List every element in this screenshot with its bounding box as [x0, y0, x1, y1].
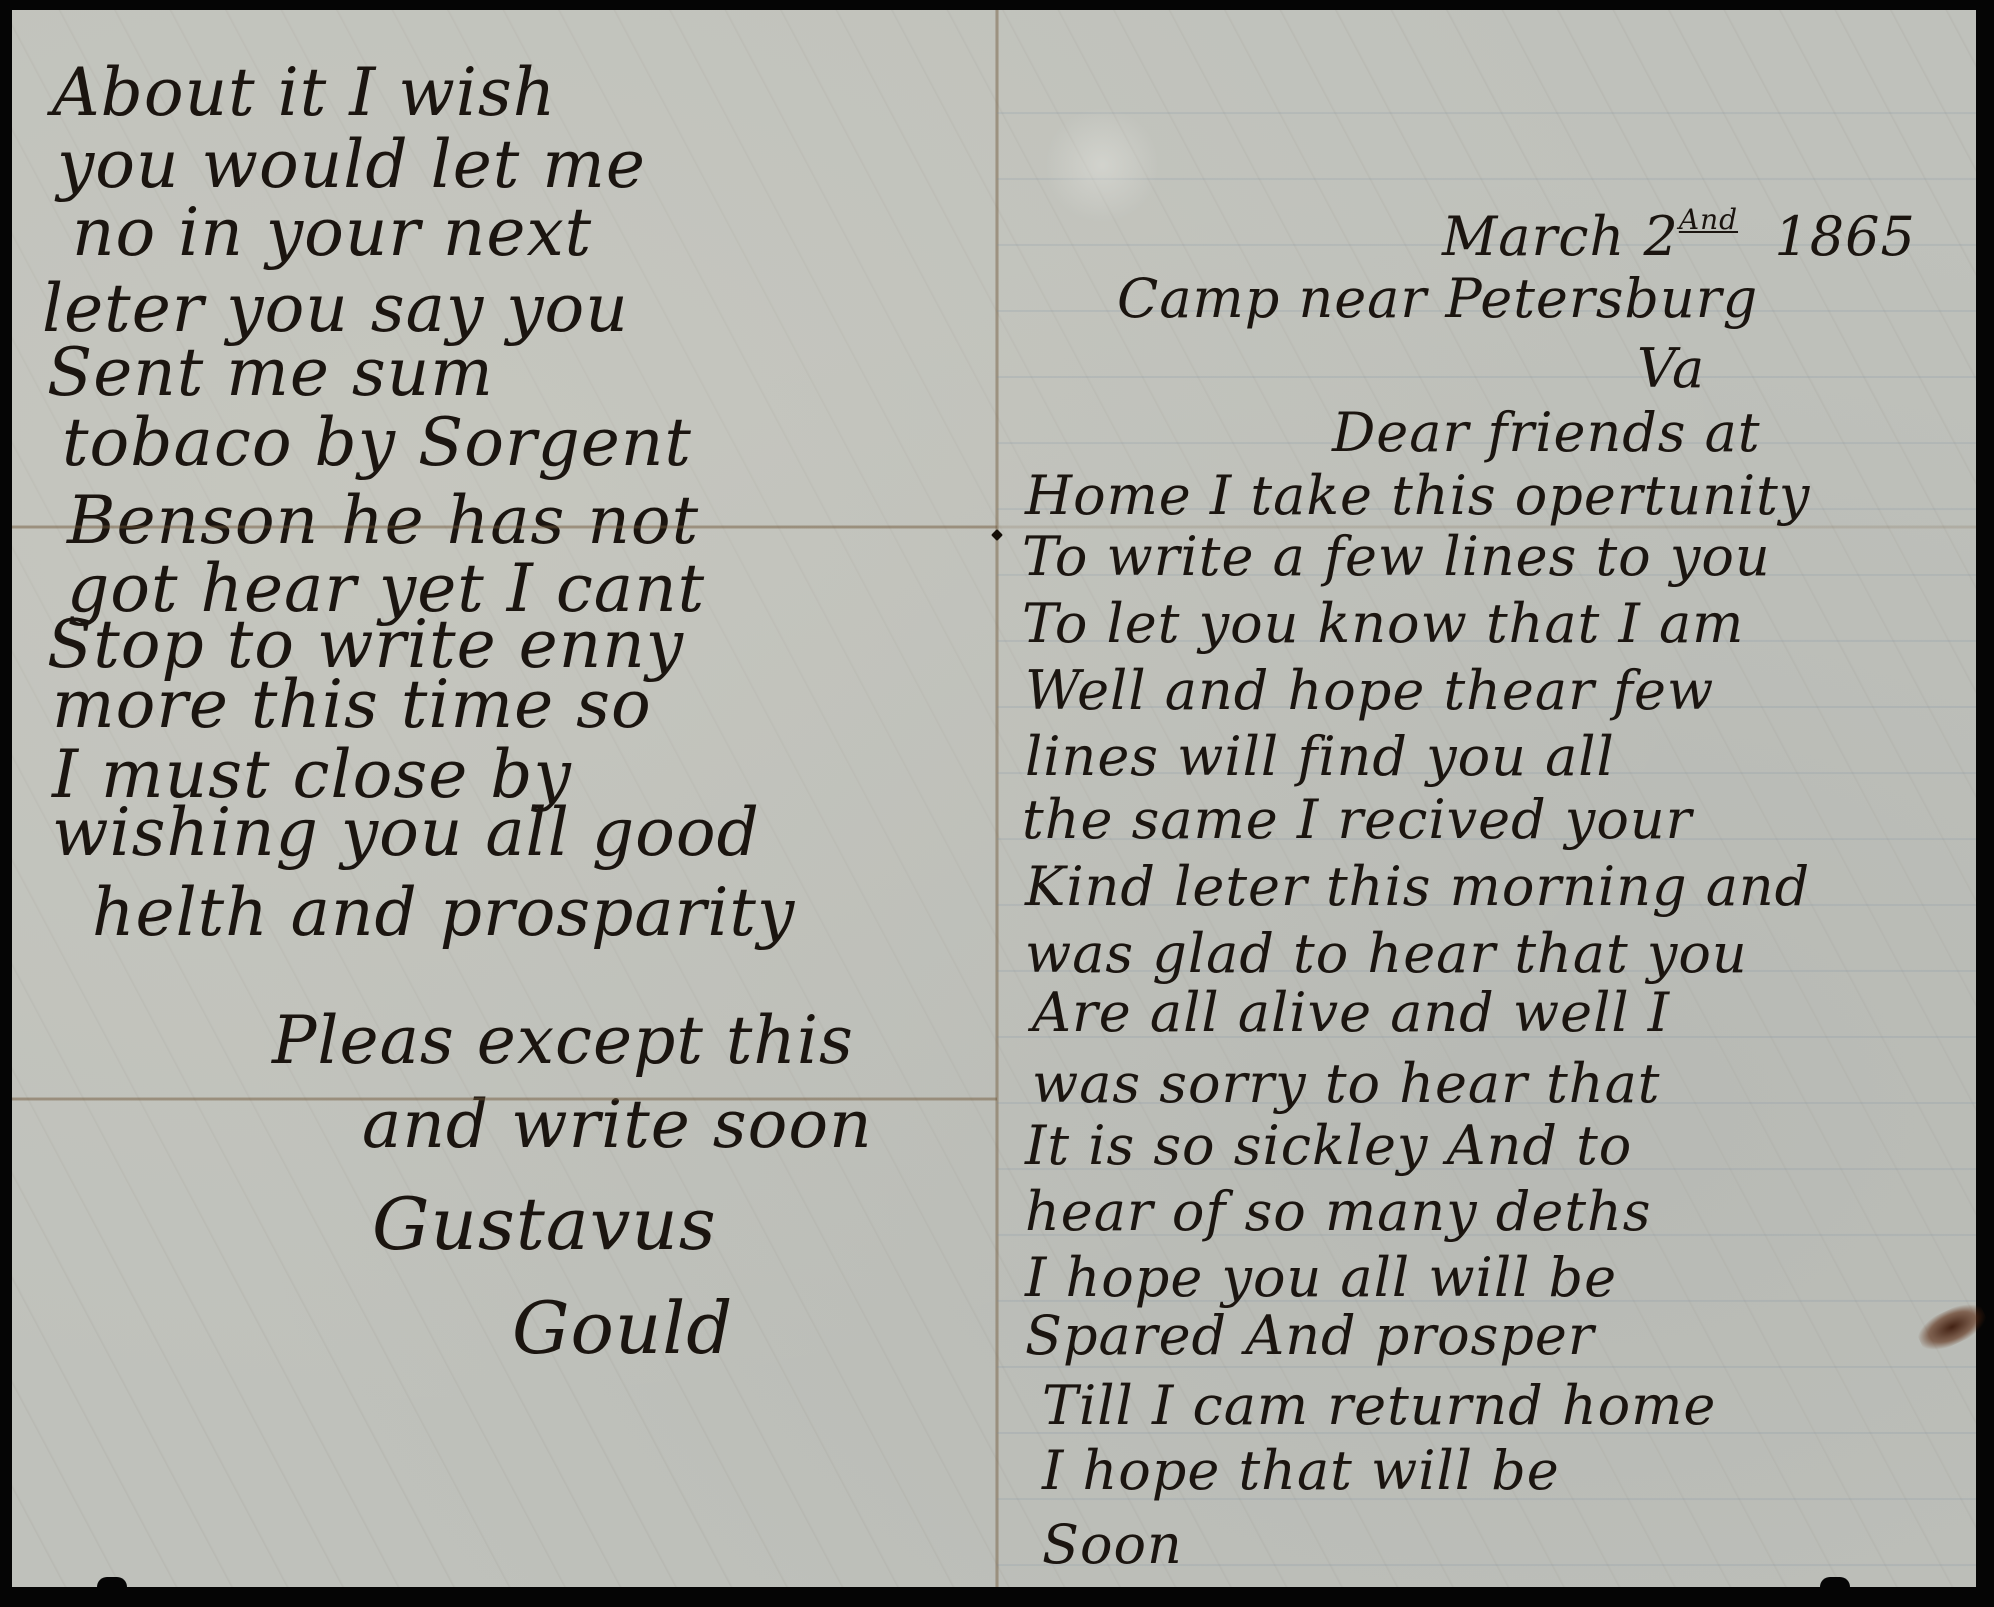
date-line: March 2And 1865 — [1442, 206, 1916, 264]
right-line-3: To let you know that I am — [1022, 597, 1744, 651]
right-line-13: I hope you all will be — [1025, 1251, 1617, 1305]
right-line-2: To write a few lines to you — [1022, 530, 1771, 584]
date-year: 1865 — [1774, 205, 1915, 268]
location-line: Camp near Petersburg — [1117, 272, 1758, 326]
left-line-7: Benson he has not — [67, 488, 699, 554]
right-line-11: It is so sickley And to — [1025, 1119, 1632, 1173]
right-line-12: hear of so many deths — [1025, 1185, 1652, 1239]
date-month-day: March 2 — [1442, 205, 1679, 268]
horizontal-fold-lower — [12, 1097, 997, 1101]
left-line-1: About it I wish — [52, 60, 556, 126]
right-line-16: I hope that will be — [1042, 1444, 1560, 1498]
left-line-10: more this time so — [52, 672, 652, 738]
right-line-4: Well and hope thear few — [1025, 664, 1714, 718]
horizontal-fold-upper — [12, 525, 997, 529]
left-line-15: and write soon — [362, 1092, 873, 1158]
left-line-12: wishing you all good — [52, 800, 760, 866]
right-line-10: was sorry to hear that — [1032, 1057, 1660, 1111]
edge-tear-left — [97, 1577, 127, 1587]
right-line-14: Spared And prosper — [1025, 1309, 1595, 1363]
right-line-1: Home I take this opertunity — [1025, 469, 1810, 523]
right-line-8: was glad to hear that you — [1025, 927, 1748, 981]
edge-tear-right — [1820, 1577, 1850, 1587]
left-line-5: Sent me sum — [47, 340, 494, 406]
left-line-3: no in your next — [72, 200, 592, 266]
left-line-13: helth and prosparity — [92, 880, 795, 946]
right-line-5: lines will find you all — [1025, 730, 1615, 784]
right-line-7: Kind leter this morning and — [1025, 860, 1810, 914]
right-page: March 2And 1865 Camp near Petersburg Va … — [997, 10, 1976, 1587]
left-line-2: you would let me — [57, 132, 646, 198]
left-line-14: Pleas except this — [272, 1008, 854, 1074]
right-line-15: Till I cam returnd home — [1042, 1379, 1716, 1433]
signature-first-name: Gustavus — [372, 1188, 717, 1260]
letter-sheet: About it I wish you would let me no in y… — [12, 10, 1976, 1587]
date-suffix: And — [1679, 203, 1738, 236]
left-line-6: tobaco by Sorgent — [62, 410, 692, 476]
right-line-6: the same I recived your — [1022, 793, 1692, 847]
salutation: Dear friends at — [1332, 406, 1761, 460]
right-line-9: Are all alive and well I — [1032, 986, 1670, 1040]
signature-last-name: Gould — [512, 1292, 733, 1364]
embossed-seal — [1047, 105, 1157, 225]
right-line-17: Soon — [1042, 1518, 1183, 1572]
left-page: About it I wish you would let me no in y… — [12, 10, 997, 1587]
location-state: Va — [1637, 342, 1705, 396]
left-line-4: leter you say you — [42, 276, 629, 342]
